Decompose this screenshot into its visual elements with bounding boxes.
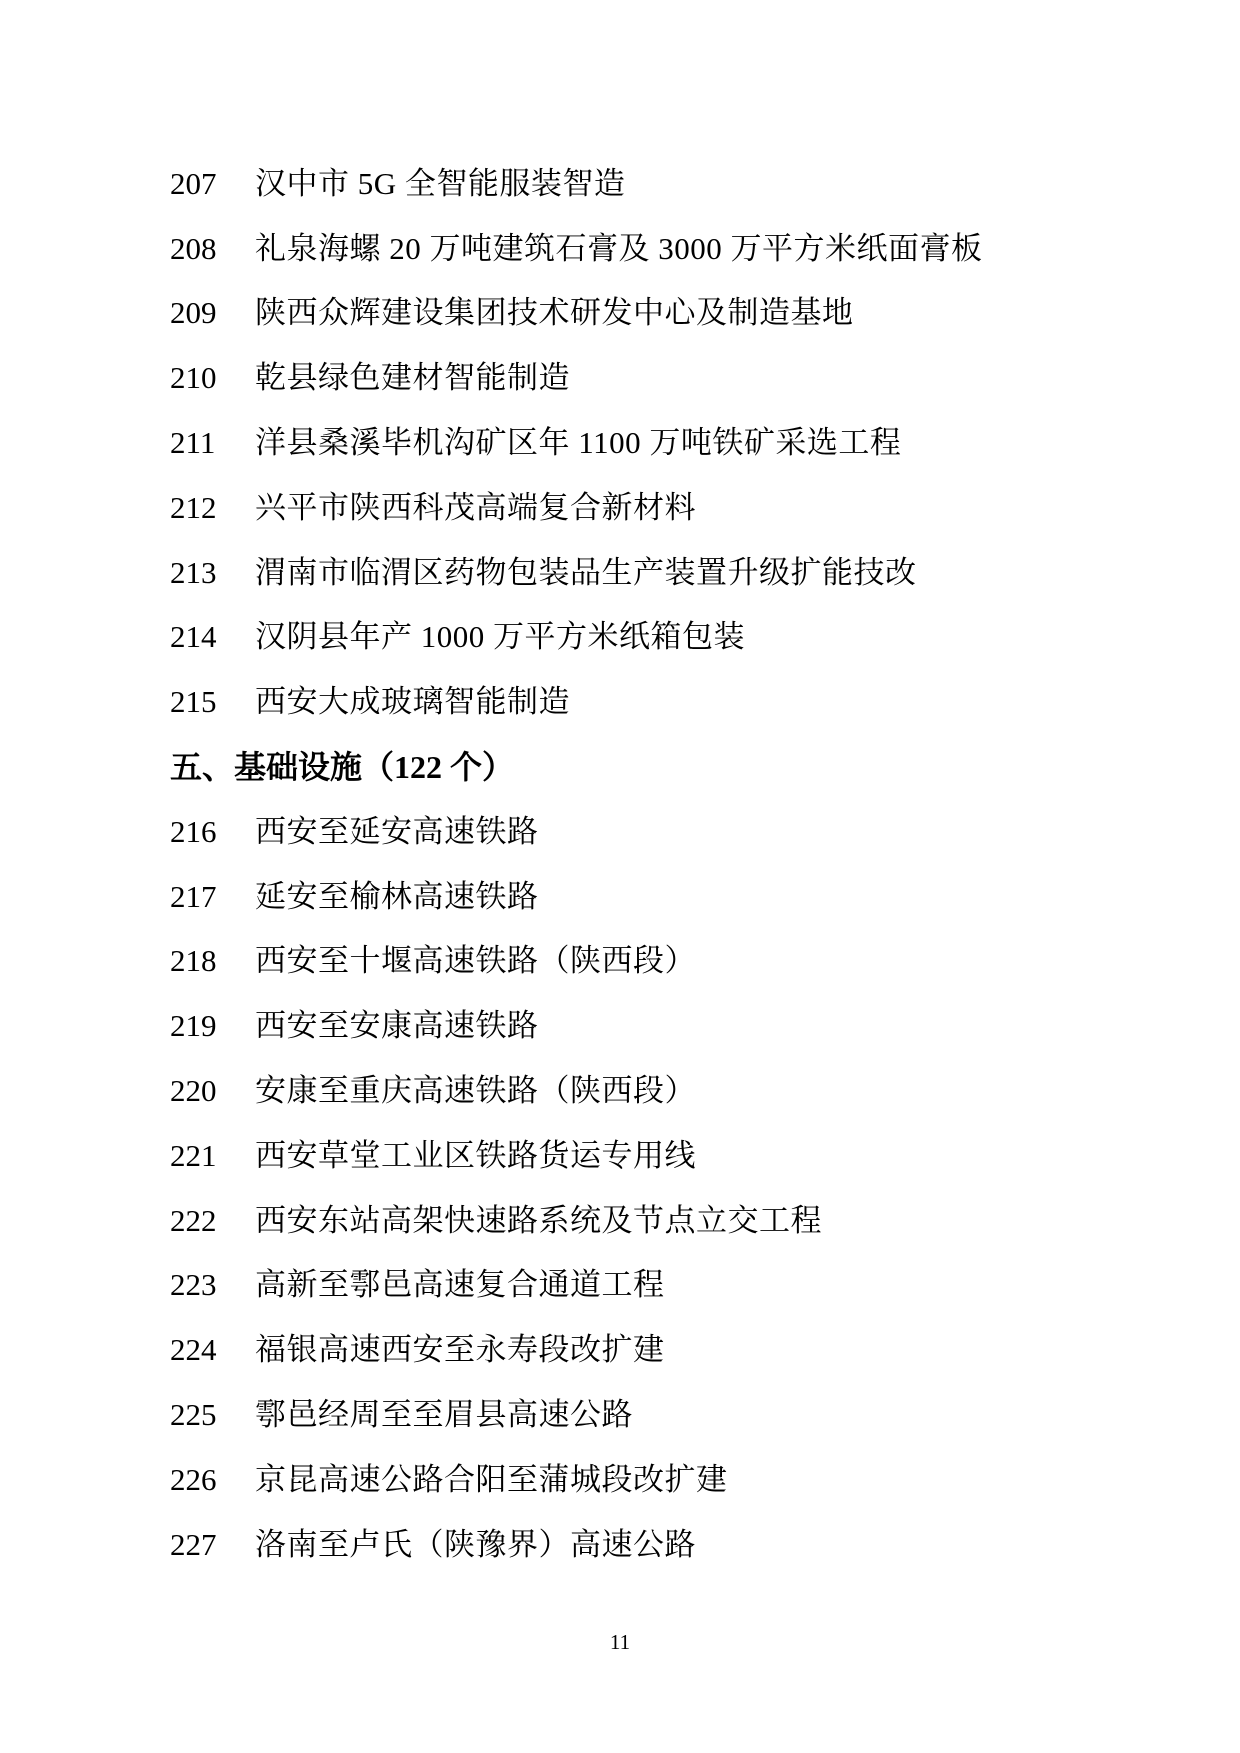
item-title: 延安至榆林高速铁路 — [255, 881, 539, 912]
item-number: 209 — [170, 297, 255, 328]
list-item: 213 渭南市临渭区药物包装品生产装置升级扩能技改 — [170, 540, 1150, 605]
item-number: 217 — [170, 881, 255, 912]
item-number: 222 — [170, 1205, 255, 1236]
item-number: 214 — [170, 621, 255, 652]
item-title: 福银高速西安至永寿段改扩建 — [255, 1334, 665, 1365]
document-page: 207 汉中市 5G 全智能服装智造 208 礼泉海螺 20 万吨建筑石膏及 3… — [0, 0, 1240, 1753]
list-item: 218 西安至十堰高速铁路（陕西段） — [170, 929, 1150, 994]
item-number: 224 — [170, 1334, 255, 1365]
item-number: 227 — [170, 1529, 255, 1560]
item-number: 223 — [170, 1269, 255, 1300]
list-item: 211 洋县桑溪毕机沟矿区年 1100 万吨铁矿采选工程 — [170, 410, 1150, 475]
list-item: 212 兴平市陕西科茂高端复合新材料 — [170, 475, 1150, 540]
item-number: 220 — [170, 1075, 255, 1106]
item-title: 渭南市临渭区药物包装品生产装置升级扩能技改 — [255, 557, 917, 588]
item-number: 210 — [170, 362, 255, 393]
item-number: 212 — [170, 492, 255, 523]
list-item: 222 西安东站高架快速路系统及节点立交工程 — [170, 1188, 1150, 1253]
list-item: 227 洛南至卢氏（陕豫界）高速公路 — [170, 1512, 1150, 1577]
item-title: 鄠邑经周至至眉县高速公路 — [255, 1399, 633, 1430]
item-title: 兴平市陕西科茂高端复合新材料 — [255, 492, 696, 523]
item-number: 219 — [170, 1010, 255, 1041]
section-heading: 五、基础设施（122 个） — [170, 734, 1150, 799]
item-number: 211 — [170, 427, 255, 458]
item-title: 西安至延安高速铁路 — [255, 816, 539, 847]
section-heading-text: 五、基础设施（122 个） — [170, 751, 514, 783]
list-item: 220 安康至重庆高速铁路（陕西段） — [170, 1058, 1150, 1123]
item-title: 乾县绿色建材智能制造 — [255, 362, 570, 393]
list-item: 216 西安至延安高速铁路 — [170, 799, 1150, 864]
item-title: 高新至鄠邑高速复合通道工程 — [255, 1269, 665, 1300]
list-item: 221 西安草堂工业区铁路货运专用线 — [170, 1123, 1150, 1188]
item-number: 225 — [170, 1399, 255, 1430]
item-number: 208 — [170, 233, 255, 264]
item-title: 西安至十堰高速铁路（陕西段） — [255, 945, 696, 976]
item-number: 215 — [170, 686, 255, 717]
list-item: 217 延安至榆林高速铁路 — [170, 864, 1150, 929]
list-item: 214 汉阴县年产 1000 万平方米纸箱包装 — [170, 605, 1150, 670]
list-item: 224 福银高速西安至永寿段改扩建 — [170, 1317, 1150, 1382]
item-title: 陕西众辉建设集团技术研发中心及制造基地 — [255, 297, 854, 328]
item-title: 西安草堂工业区铁路货运专用线 — [255, 1140, 696, 1171]
item-title: 西安至安康高速铁路 — [255, 1010, 539, 1041]
item-title: 安康至重庆高速铁路（陕西段） — [255, 1075, 696, 1106]
item-number: 213 — [170, 557, 255, 588]
list-item: 210 乾县绿色建材智能制造 — [170, 345, 1150, 410]
item-number: 216 — [170, 816, 255, 847]
list-item: 208 礼泉海螺 20 万吨建筑石膏及 3000 万平方米纸面膏板 — [170, 216, 1150, 281]
item-title: 西安大成玻璃智能制造 — [255, 686, 570, 717]
item-number: 221 — [170, 1140, 255, 1171]
page-number: 11 — [0, 1630, 1240, 1655]
list-item: 215 西安大成玻璃智能制造 — [170, 669, 1150, 734]
item-title: 洋县桑溪毕机沟矿区年 1100 万吨铁矿采选工程 — [255, 427, 901, 458]
item-title: 汉阴县年产 1000 万平方米纸箱包装 — [255, 621, 745, 652]
project-list: 207 汉中市 5G 全智能服装智造 208 礼泉海螺 20 万吨建筑石膏及 3… — [170, 151, 1150, 1577]
item-title: 汉中市 5G 全智能服装智造 — [255, 168, 625, 199]
list-item: 219 西安至安康高速铁路 — [170, 993, 1150, 1058]
item-number: 226 — [170, 1464, 255, 1495]
item-title: 礼泉海螺 20 万吨建筑石膏及 3000 万平方米纸面膏板 — [255, 233, 983, 264]
item-title: 洛南至卢氏（陕豫界）高速公路 — [255, 1529, 696, 1560]
item-title: 西安东站高架快速路系统及节点立交工程 — [255, 1205, 822, 1236]
list-item: 207 汉中市 5G 全智能服装智造 — [170, 151, 1150, 216]
list-item: 223 高新至鄠邑高速复合通道工程 — [170, 1253, 1150, 1318]
item-number: 218 — [170, 945, 255, 976]
list-item: 209 陕西众辉建设集团技术研发中心及制造基地 — [170, 281, 1150, 346]
item-number: 207 — [170, 168, 255, 199]
item-title: 京昆高速公路合阳至蒲城段改扩建 — [255, 1464, 728, 1495]
list-item: 226 京昆高速公路合阳至蒲城段改扩建 — [170, 1447, 1150, 1512]
list-item: 225 鄠邑经周至至眉县高速公路 — [170, 1382, 1150, 1447]
